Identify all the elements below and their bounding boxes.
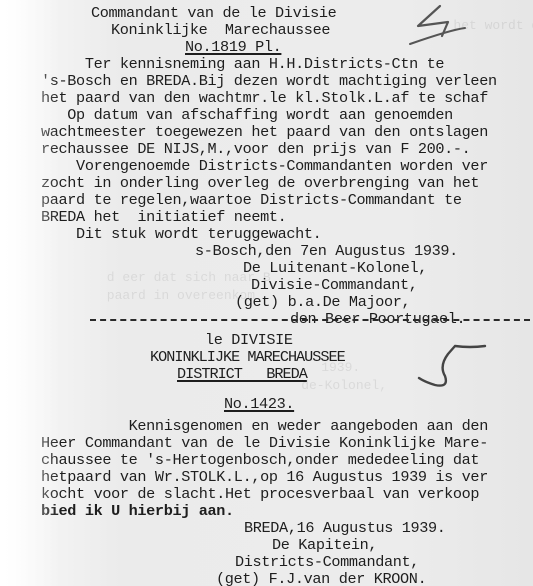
- body2-line: kocht voor de slacht.Het procesverbaal v…: [41, 486, 479, 503]
- handwritten-5-mark: [405, 340, 495, 400]
- section-divider: [90, 319, 530, 321]
- body1-line: BREDA het initiatief neemt.: [41, 209, 286, 226]
- body1-line: zocht in onderling overleg de overbrengi…: [41, 175, 479, 192]
- document-page: het wordt de d eer dat sich naar B paard…: [0, 0, 533, 586]
- signature1-signed: (get) b.a.De Majoor,: [235, 294, 410, 311]
- header2-line-1: le DIVISIE: [205, 332, 293, 349]
- header2-district: DISTRICT BREDA: [177, 366, 307, 383]
- body2-line: bied ik U hierbij aan.: [41, 503, 234, 520]
- header1-line-2: Koninklijke Marechaussee: [111, 22, 330, 39]
- signature2-signed: (get) F.J.van der KROON.: [216, 571, 426, 586]
- header2-number: No.1423.: [224, 396, 294, 413]
- signature1-title: Divisie-Commandant,: [251, 277, 418, 294]
- header2-line-2: KONINKLIJKE MARECHAUSSEE: [150, 349, 345, 366]
- signature1-date: s-Bosch,den 7en Augustus 1939.: [195, 243, 458, 260]
- body2-line: Heer Commandant van de le Divisie Konink…: [41, 435, 488, 452]
- body1-line: Vorengenoemde Districts-Commandanten wor…: [41, 158, 488, 175]
- handwritten-4-mark: [400, 0, 510, 50]
- signature2-rank: De Kapitein,: [272, 537, 377, 554]
- body1-line: Ter kennisneming aan H.H.Districts-Ctn t…: [41, 56, 444, 73]
- signature2-date: BREDA,16 Augustus 1939.: [244, 520, 446, 537]
- body1-line: het paard van den wachtmr.le kl.Stolk.L.…: [41, 90, 488, 107]
- body2-line: hetpaard van Wr.STOLK.L.,op 16 Augustus …: [41, 469, 488, 486]
- signature1-rank: De Luitenant-Kolonel,: [243, 260, 427, 277]
- body2-line: chaussee te 's-Hertogenbosch,onder meded…: [41, 452, 479, 469]
- body1-line: rechaussee DE NIJS,M.,voor den prijs van…: [41, 141, 470, 158]
- body1-line: 's-Bosch en BREDA.Bij dezen wordt machti…: [41, 73, 497, 90]
- body1-line: Dit stuk wordt teruggewacht.: [41, 226, 321, 243]
- header1-line-1: Commandant van de le Divisie: [91, 5, 336, 22]
- header1-number: No.1819 Pl.: [185, 39, 281, 56]
- body1-line: paard te regelen,waartoe Districts-Comma…: [41, 192, 462, 209]
- body1-line: wachtmeester toegewezen het paard van de…: [41, 124, 488, 141]
- signature2-title: Districts-Commandant,: [235, 554, 419, 571]
- body2-line: Kennisgenomen en weder aangeboden aan de…: [41, 418, 488, 435]
- body1-line: Op datum van afschaffing wordt aan genoe…: [41, 107, 453, 124]
